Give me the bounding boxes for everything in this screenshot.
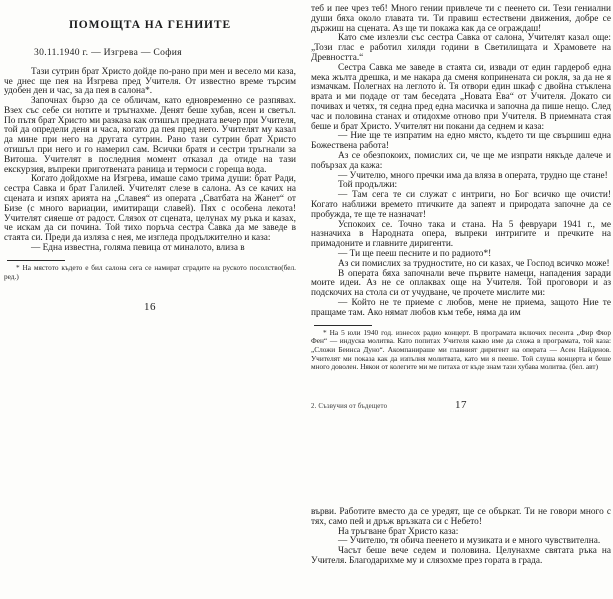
footnote-rule — [7, 260, 65, 261]
page-18-fragment: върви. Работите вместо да се уредят, ще … — [311, 508, 611, 567]
paragraph: Аз се обезпокоих, помислих си, че ще ме … — [311, 152, 611, 172]
dialogue-paragraph: — Ние ще те изпратим на едно място, къде… — [311, 132, 611, 152]
page-number: 17 — [311, 399, 611, 411]
page-17-body: теб и пее чрез теб! Много гении привлече… — [311, 5, 611, 319]
paragraph: Като сме излезли със сестра Савка от сал… — [311, 34, 611, 63]
page-title: ПОМОЩТА НА ГЕНИИТЕ — [4, 18, 296, 32]
dialogue-paragraph: — Една известна, голяма певица от минало… — [4, 244, 296, 254]
footnote: * На 5 юли 1940 год. изнесох радио конце… — [311, 329, 611, 373]
page-16: ПОМОЩТА НА ГЕНИИТЕ 30.11.1940 г. — Изгре… — [4, 10, 296, 313]
dialogue-paragraph: — Който не те приеме с любов, мене не пр… — [311, 299, 611, 319]
paragraph: Успокоих се. Точно така и стана. На 5 фе… — [311, 221, 611, 250]
scanned-book-spread: ПОМОЩТА НА ГЕНИИТЕ 30.11.1940 г. — Изгре… — [0, 0, 613, 599]
paragraph: Сестра Савка ме заведе в стаята си, изва… — [311, 64, 611, 133]
paragraph: Тази сутрин брат Христо дойде по-рано пр… — [4, 68, 296, 97]
paragraph: В операта бяха започнали вече първите на… — [311, 270, 611, 299]
page-18-body: върви. Работите вместо да се уредят, ще … — [311, 508, 611, 567]
dialogue-paragraph: — Там сега те си служат с интриги, но Бо… — [311, 191, 611, 220]
page-16-body: Тази сутрин брат Христо дойде по-рано пр… — [4, 68, 296, 254]
continuation-paragraph: теб и пее чрез теб! Много гении привлече… — [311, 5, 611, 34]
footnote-rule — [314, 325, 372, 326]
paragraph: Когато дойдохме на Изгрева, имаше само т… — [4, 175, 296, 244]
page-number: 16 — [4, 301, 296, 313]
footnote-text: * На 5 юли 1940 год. изнесох радио конце… — [311, 328, 611, 372]
page-17: теб и пее чрез теб! Много гении привлече… — [311, 5, 611, 414]
paragraph: Часът беше вече седем и половина. Целуна… — [311, 547, 611, 567]
page-17-footer: 2. Съзвучия от бъдещето 17 — [311, 399, 611, 414]
dateline: 30.11.1940 г. — Изгрева — София — [34, 47, 296, 59]
footnote-text: * На мястото където е бил салона сега се… — [4, 263, 296, 281]
continuation-paragraph: върви. Работите вместо да се уредят, ще … — [311, 508, 611, 528]
footnote: * На мястото където е бил салона сега се… — [4, 264, 296, 281]
paragraph: Започнах бързо да се обличам, като еднов… — [4, 97, 296, 175]
